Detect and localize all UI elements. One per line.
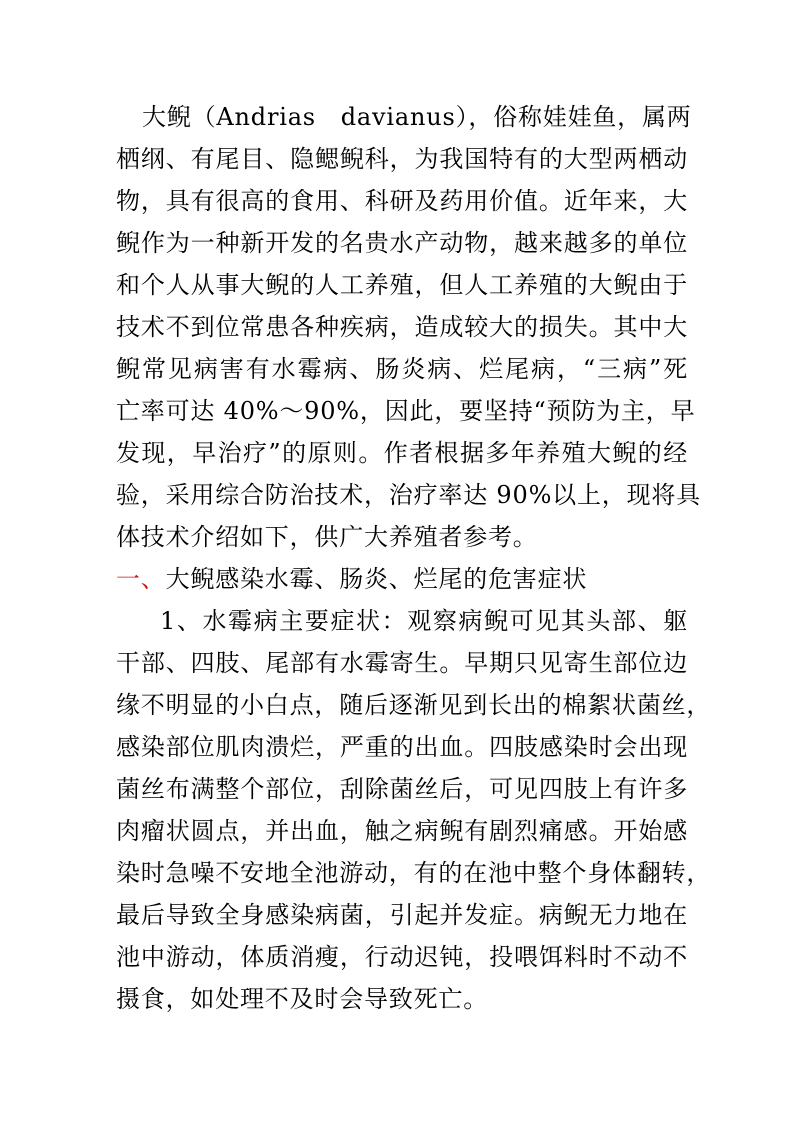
- text-line: 物，具有很高的食用、科研及药用价值。近年来，大: [116, 180, 688, 222]
- text-line: 栖纲、有尾目、隐鳃鲵科，为我国特有的大型两栖动: [116, 138, 688, 180]
- paragraph-intro: 大鲵（Andrias davianus），俗称娃娃鱼，属两栖纲、有尾目、隐鳃鲵科…: [116, 96, 688, 558]
- text-line: 1、水霉病主要症状：观察病鲵可见其头部、躯: [116, 600, 688, 642]
- document-page: 大鲵（Andrias davianus），俗称娃娃鱼，属两栖纲、有尾目、隐鳃鲵科…: [116, 96, 688, 1020]
- text-line: 池中游动，体质消瘦，行动迟钝，投喂饵料时不动不: [116, 936, 688, 978]
- text-line: 干部、四肢、尾部有水霉寄生。早期只见寄生部位边: [116, 642, 688, 684]
- text-line: 肉瘤状圆点，并出血，触之病鲵有剧烈痛感。开始感: [116, 810, 688, 852]
- text-line: 摄食，如处理不及时会导致死亡。: [116, 978, 688, 1020]
- section-heading-title: 大鲵感染水霉、肠炎、烂尾的危害症状: [166, 565, 588, 593]
- text-line: 染时急噪不安地全池游动，有的在池中整个身体翻转，: [116, 852, 688, 894]
- text-line: 体技术介绍如下，供广大养殖者参考。: [116, 516, 688, 558]
- paragraph-symptoms: 1、水霉病主要症状：观察病鲵可见其头部、躯干部、四肢、尾部有水霉寄生。早期只见寄…: [116, 600, 688, 1020]
- section-heading: 一、大鲵感染水霉、肠炎、烂尾的危害症状: [116, 558, 688, 600]
- text-line: 技术不到位常患各种疾病，造成较大的损失。其中大: [116, 306, 688, 348]
- text-line: 缘不明显的小白点，随后逐渐见到长出的棉絮状菌丝，: [116, 684, 688, 726]
- text-line: 最后导致全身感染病菌，引起并发症。病鲵无力地在: [116, 894, 688, 936]
- text-line: 鲵作为一种新开发的名贵水产动物，越来越多的单位: [116, 222, 688, 264]
- text-line: 大鲵（Andrias davianus），俗称娃娃鱼，属两: [116, 96, 688, 138]
- text-line: 菌丝布满整个部位，刮除菌丝后，可见四肢上有许多: [116, 768, 688, 810]
- section-number: 一、: [116, 565, 166, 593]
- text-line: 感染部位肌肉溃烂，严重的出血。四肢感染时会出现: [116, 726, 688, 768]
- text-line: 和个人从事大鲵的人工养殖，但人工养殖的大鲵由于: [116, 264, 688, 306]
- text-line: 亡率可达 40%～90%，因此，要坚持“预防为主，早: [116, 390, 688, 432]
- text-line: 鲵常见病害有水霉病、肠炎病、烂尾病，“三病”死: [116, 348, 688, 390]
- text-line: 验，采用综合防治技术，治疗率达 90%以上，现将具: [116, 474, 688, 516]
- text-line: 发现，早治疗”的原则。作者根据多年养殖大鲵的经: [116, 432, 688, 474]
